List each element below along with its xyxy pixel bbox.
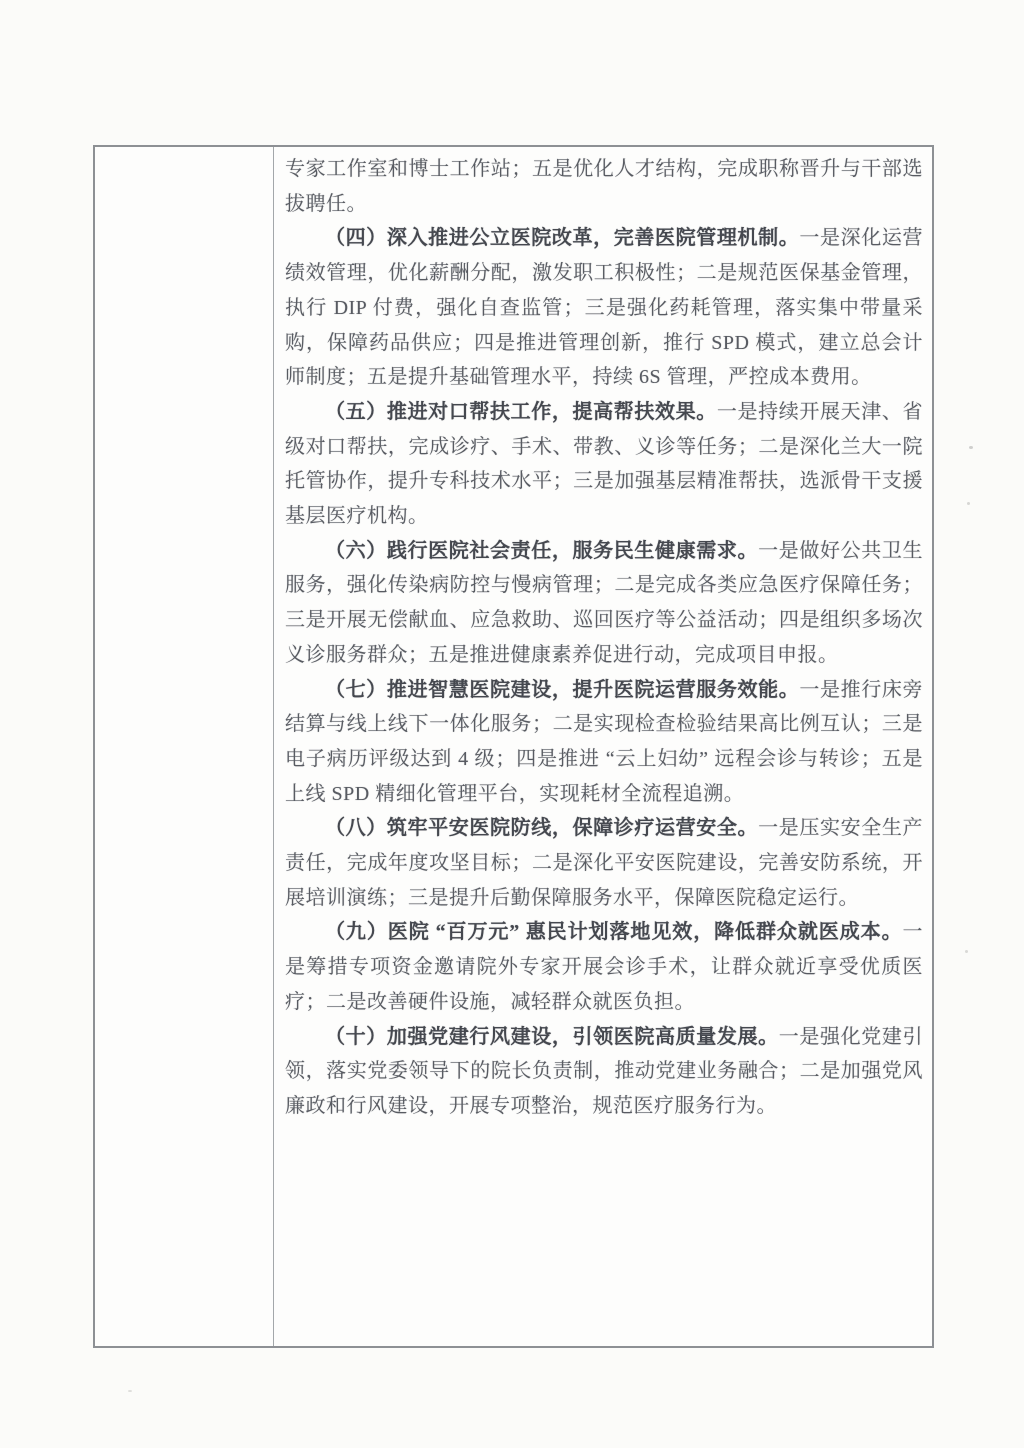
paragraph-heading: （八）筑牢平安医院防线，保障诊疗运营安全。 (325, 817, 758, 839)
paragraph-heading: （九）医院 “百万元” 惠民计划落地见效，降低群众就医成本。 (325, 921, 903, 943)
paragraph-body: 专家工作室和博士工作站；五是优化人才结构，完成职称晋升与干部选拔聘任。 (285, 158, 923, 215)
scanned-document-page: 专家工作室和博士工作站；五是优化人才结构，完成职称晋升与干部选拔聘任。 （四）深… (0, 0, 1024, 1448)
paragraph: （六）践行医院社会责任，服务民生健康需求。一是做好公共卫生服务，强化传染病防控与… (285, 534, 923, 673)
paragraph: 专家工作室和博士工作站；五是优化人才结构，完成职称晋升与干部选拔聘任。 (285, 152, 923, 221)
scan-speck (965, 950, 968, 953)
paragraph-heading: （十）加强党建行风建设，引领医院高质量发展。 (325, 1026, 779, 1048)
paragraph-body: 一是深化运营绩效管理，优化薪酬分配，激发职工积极性；二是规范医保基金管理，执行 … (285, 227, 923, 388)
scan-speck (969, 446, 973, 449)
scan-speck (967, 502, 970, 505)
paragraph-heading: （五）推进对口帮扶工作，提高帮扶效果。 (325, 401, 717, 423)
report-table: 专家工作室和博士工作站；五是优化人才结构，完成职称晋升与干部选拔聘任。 （四）深… (93, 145, 934, 1348)
scan-speck (128, 1390, 132, 1392)
paragraph: （九）医院 “百万元” 惠民计划落地见效，降低群众就医成本。一是筹措专项资金邀请… (285, 915, 923, 1019)
paragraph-heading: （七）推进智慧医院建设，提升医院运营服务效能。 (325, 679, 799, 701)
paragraph: （八）筑牢平安医院防线，保障诊疗运营安全。一是压实安全生产责任，完成年度攻坚目标… (285, 811, 923, 915)
table-left-cell (95, 147, 274, 1346)
paragraph-heading: （四）深入推进公立医院改革，完善医院管理机制。 (325, 227, 799, 249)
paragraph: （五）推进对口帮扶工作，提高帮扶效果。一是持续开展天津、省级对口帮扶，完成诊疗、… (285, 395, 923, 534)
paragraph: （四）深入推进公立医院改革，完善医院管理机制。一是深化运营绩效管理，优化薪酬分配… (285, 221, 923, 395)
paragraph: （十）加强党建行风建设，引领医院高质量发展。一是强化党建引领，落实党委领导下的院… (285, 1020, 923, 1124)
paragraph-heading: （六）践行医院社会责任，服务民生健康需求。 (325, 540, 758, 562)
paragraph: （七）推进智慧医院建设，提升医院运营服务效能。一是推行床旁结算与线上线下一体化服… (285, 673, 923, 812)
table-content-cell: 专家工作室和博士工作站；五是优化人才结构，完成职称晋升与干部选拔聘任。 （四）深… (274, 147, 932, 1346)
